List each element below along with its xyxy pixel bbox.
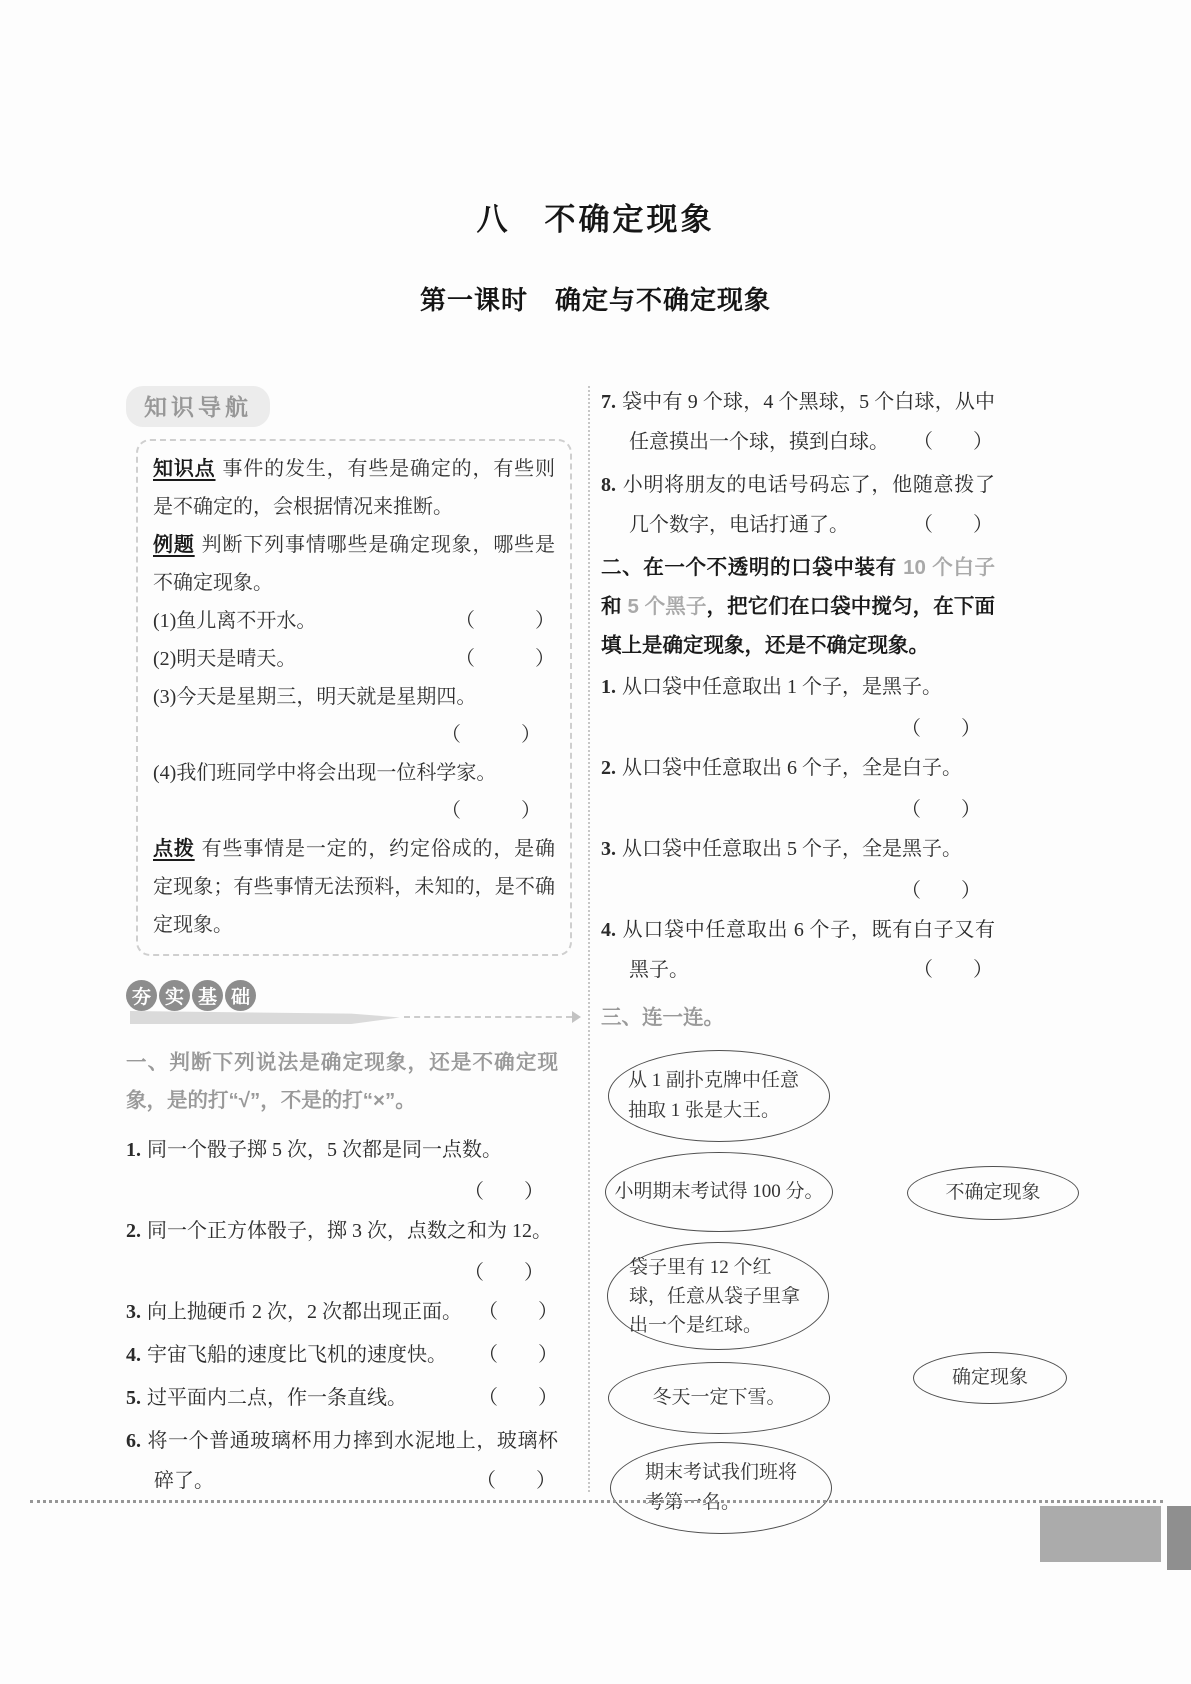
answer-bracket: （ ） xyxy=(455,602,555,640)
example-item-1: (1)鱼儿离不开水。（ ） xyxy=(153,602,555,640)
answer-bracket: （ ） xyxy=(126,1173,558,1211)
exercise-item-2: 2.同一个正方体骰子，掷 3 次，点数之和为 12。 xyxy=(126,1211,558,1251)
knowledge-example: 例题判断下列事情哪些是确定现象，哪些是不确定现象。 xyxy=(153,526,555,602)
answer-bracket: （ ） xyxy=(476,1461,556,1501)
bottom-dotted-line xyxy=(30,1500,1163,1503)
knowledge-tip-label: 点拨 xyxy=(153,838,195,860)
badge-arrow-icon xyxy=(572,1011,581,1023)
right-column: 7.袋中有 9 个球，4 个黑球，5 个白球，从中任意摸出一个球，摸到白球。（ … xyxy=(601,382,1079,1553)
example-item-2: (2)明天是晴天。（ ） xyxy=(153,640,555,678)
foundation-badge: 夯实基础 xyxy=(126,980,558,1030)
badge-circle: 夯 xyxy=(126,980,157,1011)
knowledge-example-label: 例题 xyxy=(153,534,195,556)
badge-swoosh xyxy=(130,1011,400,1024)
section2-heading: 二、在一个不透明的口袋中装有 10 个白子和 5 个黑子，把它们在口袋中搅匀，在… xyxy=(601,548,995,665)
exercise-item-s2-3: 3.从口袋中任意取出 5 个子，全是黑子。 xyxy=(601,829,995,869)
exercise-item-8: 8.小明将朋友的电话号码忘了，他随意拨了几个数字，电话打通了。（ ） xyxy=(601,465,995,545)
item-text: 从口袋中任意取出 1 个子，是黑子。 xyxy=(622,676,942,698)
answer-bracket: （ ） xyxy=(478,1292,558,1332)
knowledge-box: 知识点事件的发生，有些是确定的，有些则是不确定的，会根据情况来推断。 例题判断下… xyxy=(136,439,572,956)
answer-bracket: （ ） xyxy=(153,716,555,754)
exercise-item-4: 4.宇宙飞船的速度比飞机的速度快。（ ） xyxy=(126,1335,558,1375)
workbook-page: 八 不确定现象 第一课时 确定与不确定现象 知识导航 知识点事件的发生，有些是确… xyxy=(0,0,1191,1684)
exercise-item-6: 6.将一个普通玻璃杯用力摔到水泥地上，玻璃杯碎了。（ ） xyxy=(126,1421,558,1501)
knowledge-nav-badge: 知识导航 xyxy=(126,386,270,427)
item-text: 从口袋中任意取出 5 个子，全是黑子。 xyxy=(622,838,962,860)
statement-oval-redball: 袋子里有 12 个红球，任意从袋子里拿出一个是红球。 xyxy=(607,1242,829,1350)
item-text: 5.过平面内二点，作一条直线。 xyxy=(126,1378,407,1418)
highlighted-number: 10 个白子 xyxy=(903,556,995,579)
connect-area: 从 1 副扑克牌中任意抽取 1 张是大王。 小明期末考试得 100 分。 袋子里… xyxy=(601,1038,1079,1553)
answer-bracket: （ ） xyxy=(601,872,995,910)
answer-bracket: （ ） xyxy=(153,792,555,830)
badge-circle: 基 xyxy=(192,980,223,1011)
statement-oval-firstplace: 期末考试我们班将考第一名。 xyxy=(610,1442,832,1534)
badge-circle: 实 xyxy=(159,980,190,1011)
statement-oval-winter: 冬天一定下雪。 xyxy=(608,1362,830,1434)
item-number: 4. xyxy=(126,1344,141,1366)
exercise-item-1: 1.同一个骰子掷 5 次，5 次都是同一点数。 xyxy=(126,1130,558,1170)
answer-bracket: （ ） xyxy=(913,505,993,545)
answer-bracket: （ ） xyxy=(478,1378,558,1418)
item-number: 2. xyxy=(126,1220,141,1242)
column-divider xyxy=(588,386,590,1492)
section1-heading: 一、判断下列说法是确定现象，还是不确定现象，是的打“√”，不是的打“×”。 xyxy=(126,1044,558,1120)
knowledge-tip: 点拨有些事情是一定的，约定俗成的，是确定现象；有些事情无法预料，未知的，是不确定… xyxy=(153,830,555,944)
exercise-item-s2-1: 1.从口袋中任意取出 1 个子，是黑子。 xyxy=(601,667,995,707)
exercise-item-s2-2: 2.从口袋中任意取出 6 个子，全是白子。 xyxy=(601,748,995,788)
example-item-4: (4)我们班同学中将会出现一位科学家。 xyxy=(153,754,555,792)
answer-bracket: （ ） xyxy=(601,710,995,748)
section3-heading: 三、连一连。 xyxy=(601,998,1079,1038)
item-number: 1. xyxy=(601,676,616,698)
item-number: 7. xyxy=(601,391,616,413)
category-oval-certain: 确定现象 xyxy=(913,1352,1067,1404)
knowledge-point: 知识点事件的发生，有些是确定的，有些则是不确定的，会根据情况来推断。 xyxy=(153,450,555,526)
example-item-text: (1)鱼儿离不开水。 xyxy=(153,602,316,640)
item-text: 4.宇宙飞船的速度比飞机的速度快。 xyxy=(126,1335,447,1375)
item-number: 5. xyxy=(126,1387,141,1409)
item-number: 3. xyxy=(126,1301,141,1323)
exercise-item-7: 7.袋中有 9 个球，4 个黑球，5 个白球，从中任意摸出一个球，摸到白球。（ … xyxy=(601,382,995,462)
example-item-text: (2)明天是晴天。 xyxy=(153,640,296,678)
answer-bracket: （ ） xyxy=(126,1254,558,1292)
item-text: 3.向上抛硬币 2 次，2 次都出现正面。 xyxy=(126,1292,462,1332)
page-title: 八 不确定现象 xyxy=(0,194,1191,239)
answer-bracket: （ ） xyxy=(455,640,555,678)
answer-bracket: （ ） xyxy=(913,950,993,990)
example-item-3: (3)今天是星期三，明天就是星期四。 xyxy=(153,678,555,716)
item-number: 2. xyxy=(601,757,616,779)
item-number: 4. xyxy=(601,919,616,941)
answer-bracket: （ ） xyxy=(913,422,993,462)
badge-circle: 础 xyxy=(225,980,256,1011)
highlighted-number: 5 个黑子 xyxy=(627,595,706,618)
answer-bracket: （ ） xyxy=(478,1335,558,1375)
knowledge-tip-text: 有些事情是一定的，约定俗成的，是确定现象；有些事情无法预料，未知的，是不确定现象… xyxy=(153,838,555,936)
statement-oval-exam100: 小明期末考试得 100 分。 xyxy=(605,1152,833,1232)
item-text: 从口袋中任意取出 6 个子，全是白子。 xyxy=(622,757,962,779)
exercise-item-5: 5.过平面内二点，作一条直线。（ ） xyxy=(126,1378,558,1418)
item-number: 6. xyxy=(126,1430,141,1452)
item-number: 3. xyxy=(601,838,616,860)
badge-dash-line xyxy=(404,1016,572,1018)
scan-gray-block-2 xyxy=(1167,1506,1191,1570)
item-number: 8. xyxy=(601,474,616,496)
knowledge-example-text: 判断下列事情哪些是确定现象，哪些是不确定现象。 xyxy=(153,534,555,594)
exercise-item-3: 3.向上抛硬币 2 次，2 次都出现正面。（ ） xyxy=(126,1292,558,1332)
category-oval-uncertain: 不确定现象 xyxy=(907,1166,1079,1220)
statement-oval-poker: 从 1 副扑克牌中任意抽取 1 张是大王。 xyxy=(608,1050,830,1142)
scan-gray-block-1 xyxy=(1040,1506,1161,1562)
item-number: 1. xyxy=(126,1139,141,1161)
left-column: 知识导航 知识点事件的发生，有些是确定的，有些则是不确定的，会根据情况来推断。 … xyxy=(126,386,558,1504)
page-subtitle: 第一课时 确定与不确定现象 xyxy=(0,280,1191,317)
item-text: 同一个正方体骰子，掷 3 次，点数之和为 12。 xyxy=(147,1220,552,1242)
exercise-item-s2-4: 4.从口袋中任意取出 6 个子，既有白子又有黑子。（ ） xyxy=(601,910,995,990)
item-text: 同一个骰子掷 5 次，5 次都是同一点数。 xyxy=(147,1139,502,1161)
answer-bracket: （ ） xyxy=(601,791,995,829)
knowledge-point-label: 知识点 xyxy=(153,458,216,480)
